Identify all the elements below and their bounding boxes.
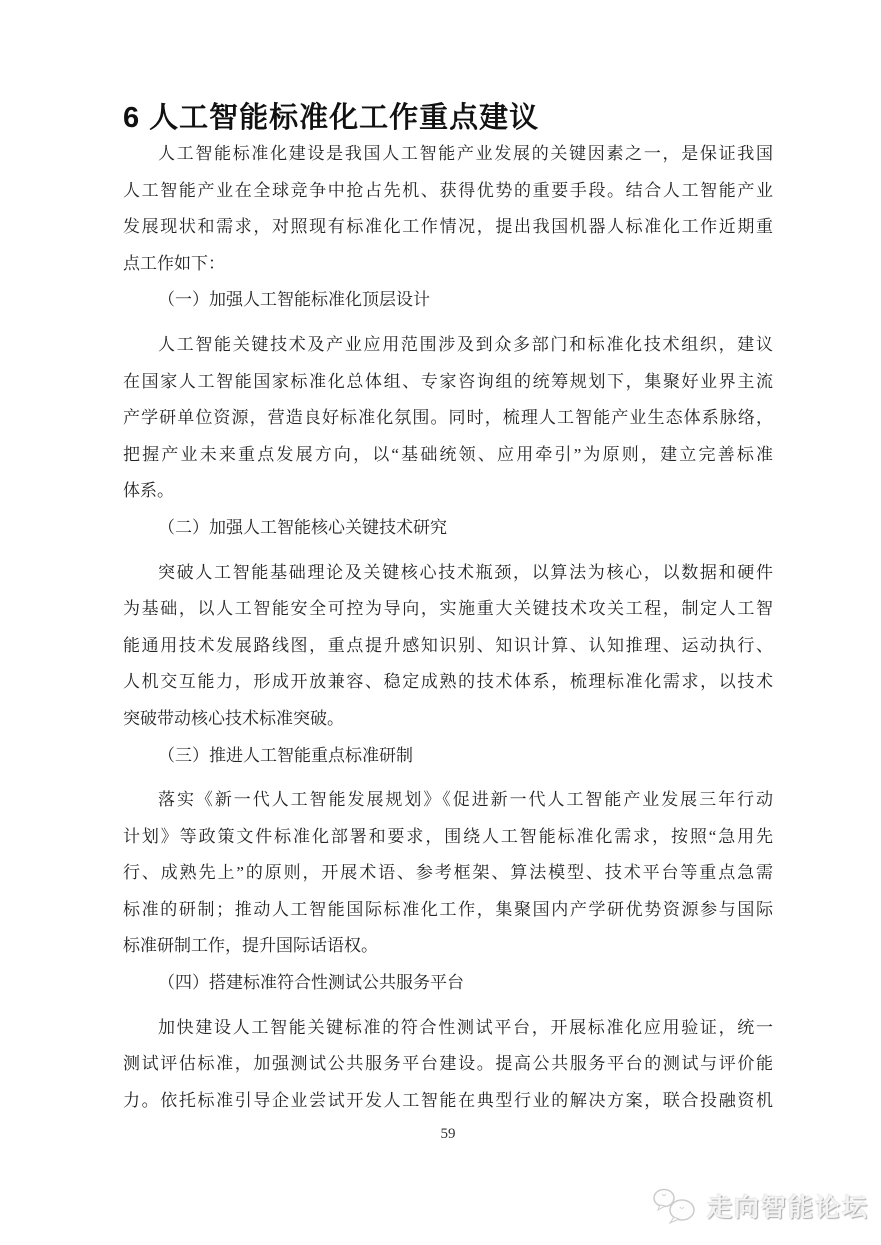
text-line: 标准的研制；推动人工智能国际标准化工作，集聚国内产学研优势资源参与国际: [123, 892, 773, 929]
paragraph: 突破人工智能基础理论及关键核心技术瓶颈，以算法为核心，以数据和硬件为基础，以人工…: [123, 555, 773, 738]
text-line: 突破人工智能基础理论及关键核心技术瓶颈，以算法为核心，以数据和硬件: [123, 555, 773, 592]
text-line: 行、成熟先上”的原则，开展术语、参考框架、算法模型、技术平台等重点急需: [123, 855, 773, 892]
text-line: 发展现状和需求，对照现有标准化工作情况，提出我国机器人标准化工作近期重: [123, 209, 773, 246]
text-line: 加快建设人工智能关键标准的符合性测试平台，开展标准化应用验证，统一: [123, 1010, 773, 1047]
text-line: 体系。: [123, 473, 773, 510]
paragraph: 人工智能关键技术及产业应用范围涉及到众多部门和标准化技术组织，建议在国家人工智能…: [123, 327, 773, 510]
document-content: 6 人工智能标准化工作重点建议 人工智能标准化建设是我国人工智能产业发展的关键因…: [123, 100, 773, 1149]
text-line: 计划》等政策文件标准化部署和要求，围绕人工智能标准化需求，按照“急用先: [123, 819, 773, 856]
subsection-heading: （三）推进人工智能重点标准研制: [123, 738, 773, 775]
text-line: 人工智能产业在全球竞争中抢占先机、获得优势的重要手段。结合人工智能产业: [123, 173, 773, 210]
paragraph: 人工智能标准化建设是我国人工智能产业发展的关键因素之一，是保证我国人工智能产业在…: [123, 136, 773, 282]
watermark-text: 走向智能论坛: [707, 1188, 869, 1224]
text-line: 把握产业未来重点发展方向，以“基础统领、应用牵引”为原则，建立完善标准: [123, 437, 773, 474]
text-line: 产学研单位资源，营造良好标准化氛围。同时，梳理人工智能产业生态体系脉络，: [123, 400, 773, 437]
text-line: 落实《新一代人工智能发展规划》《促进新一代人工智能产业发展三年行动: [123, 782, 773, 819]
paragraph: 落实《新一代人工智能发展规划》《促进新一代人工智能产业发展三年行动计划》等政策文…: [123, 782, 773, 965]
subsection-heading: （四）搭建标准符合性测试公共服务平台: [123, 965, 773, 1002]
text-line: 力。依托标准引导企业尝试开发人工智能在典型行业的解决方案，联合投融资机: [123, 1083, 773, 1120]
text-line: 标准研制工作，提升国际话语权。: [123, 928, 773, 965]
section-heading: 6 人工智能标准化工作重点建议: [123, 100, 773, 136]
text-line: 突破带动核心技术标准突破。: [123, 701, 773, 738]
document-page: 6 人工智能标准化工作重点建议 人工智能标准化建设是我国人工智能产业发展的关键因…: [0, 0, 881, 1245]
text-line: 能通用技术发展路线图，重点提升感知识别、知识计算、认知推理、运动执行、: [123, 628, 773, 665]
speech-bubbles-icon: [650, 1186, 702, 1226]
text-line: 在国家人工智能国家标准化总体组、专家咨询组的统筹规划下，集聚好业界主流: [123, 364, 773, 401]
text-line: 人机交互能力，形成开放兼容、稳定成熟的技术体系，梳理标准化需求，以技术: [123, 664, 773, 701]
subsection-heading: （一）加强人工智能标准化顶层设计: [123, 282, 773, 319]
subsection-heading: （二）加强人工智能核心关键技术研究: [123, 510, 773, 547]
text-line: 人工智能关键技术及产业应用范围涉及到众多部门和标准化技术组织，建议: [123, 327, 773, 364]
text-line: 为基础，以人工智能安全可控为导向，实施重大关键技术攻关工程，制定人工智: [123, 591, 773, 628]
text-line: 点工作如下：: [123, 246, 773, 283]
page-number: 59: [123, 1119, 773, 1149]
watermark: 走向智能论坛: [650, 1186, 869, 1226]
text-line: 测试评估标准，加强测试公共服务平台建设。提高公共服务平台的测试与评价能: [123, 1046, 773, 1083]
paragraph: 加快建设人工智能关键标准的符合性测试平台，开展标准化应用验证，统一测试评估标准，…: [123, 1010, 773, 1120]
text-line: 人工智能标准化建设是我国人工智能产业发展的关键因素之一，是保证我国: [123, 136, 773, 173]
document-body: 人工智能标准化建设是我国人工智能产业发展的关键因素之一，是保证我国人工智能产业在…: [123, 136, 773, 1119]
